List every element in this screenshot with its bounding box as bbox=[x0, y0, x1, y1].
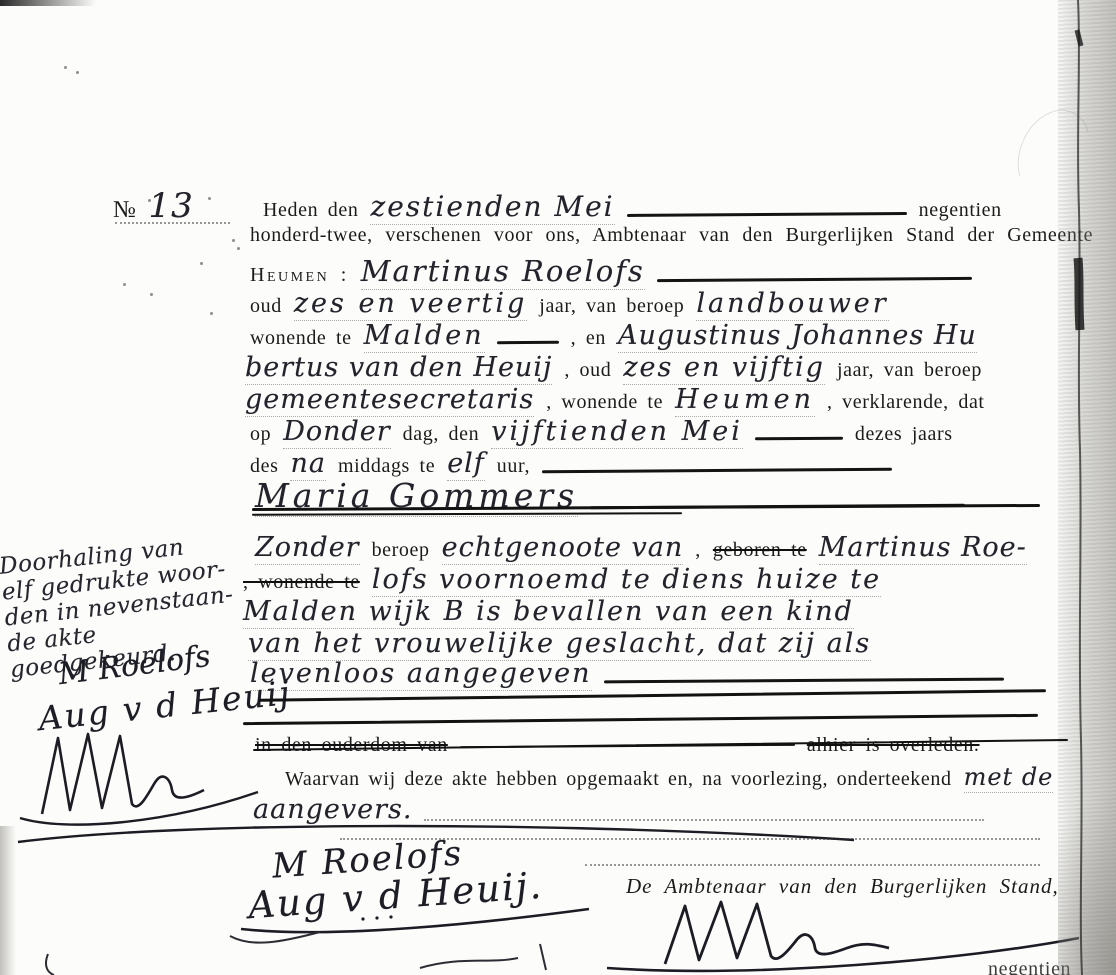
act-line-date: Heden denzestienden Meinegentien bbox=[263, 190, 1002, 225]
event-date: vijftienden Mei bbox=[491, 416, 743, 449]
declarant2-name-part2: bertus van den Heuij bbox=[245, 352, 552, 385]
signature-loops bbox=[42, 734, 204, 814]
declarant1-name: Martinus Roelofs bbox=[361, 254, 645, 290]
paper-speck bbox=[237, 247, 240, 250]
text-segment: middags te bbox=[338, 455, 435, 478]
text-segment: , bbox=[695, 539, 701, 562]
act-line-closing: Waarvan wij deze akte hebben opgemaakt e… bbox=[285, 763, 1053, 793]
act-line-birth: Malden wijk B is bevallen van een kind bbox=[243, 596, 854, 629]
ink-dot bbox=[375, 916, 378, 919]
text-segment: jaar, van beroep bbox=[539, 295, 684, 318]
husband-name-part1: Martinus Roe- bbox=[819, 532, 1027, 565]
paper-speck bbox=[76, 71, 79, 74]
ink-rule bbox=[258, 689, 1046, 702]
ink-dot bbox=[389, 915, 392, 918]
signature-underline bbox=[241, 909, 589, 932]
ink-fill-line bbox=[755, 437, 843, 441]
declarant2-residence: Heumen bbox=[675, 384, 815, 417]
paper-speck bbox=[150, 293, 153, 296]
partial-stroke bbox=[420, 958, 518, 968]
text-segment: geboren te bbox=[713, 539, 807, 562]
husband-name-part2: lofs voornoemd te diens huize te bbox=[372, 564, 881, 597]
text-segment: uur, bbox=[497, 455, 530, 478]
act-line-stillborn: levenloos aangegeven bbox=[250, 658, 1004, 691]
paper-speck bbox=[64, 66, 67, 69]
ink-dot bbox=[361, 917, 364, 920]
text-segment: op bbox=[250, 423, 271, 446]
act-line-sex: van het vrouwelijke geslacht, dat zij al… bbox=[248, 628, 871, 661]
mother-occupation: Zonder bbox=[255, 532, 360, 565]
text-segment: Waarvan wij deze akte hebben opgemaakt e… bbox=[285, 768, 952, 791]
paper-speck bbox=[210, 312, 213, 315]
ink-fill-line bbox=[542, 468, 892, 473]
ink-fill-line bbox=[604, 678, 1004, 684]
act-line-declarant2-cont: bertus van den Heuij, oudzes en vijftigj… bbox=[245, 352, 982, 385]
text-segment: dag, den bbox=[403, 423, 480, 446]
ink-fill-line bbox=[627, 212, 907, 217]
ink-blob bbox=[1077, 30, 1081, 46]
paper-speck bbox=[232, 239, 235, 242]
paper-speck bbox=[200, 262, 203, 265]
text-segment: , en bbox=[571, 327, 606, 350]
text-segment: Heden den bbox=[263, 199, 358, 222]
text-segment: honderd-twee, verschenen voor ons, Ambte… bbox=[250, 224, 1093, 247]
paper-speck bbox=[123, 283, 126, 286]
scan-artifact-top bbox=[0, 0, 96, 6]
act-number: №13 bbox=[113, 186, 194, 226]
ink-blob bbox=[1078, 258, 1080, 330]
text-segment: beroep bbox=[372, 539, 430, 562]
handwritten-date: zestienden Mei bbox=[370, 190, 614, 225]
text-segment: des bbox=[250, 455, 278, 478]
text-segment: in den ouderdom van bbox=[255, 734, 448, 757]
act-line-mother-name: Maria Gommers bbox=[255, 476, 965, 517]
paper-speck bbox=[208, 197, 211, 200]
declarant2-occupation: gemeentesecretaris bbox=[245, 384, 534, 417]
act-line-declarant1: Heumen :Martinus Roelofs bbox=[250, 254, 972, 290]
ink-fill-line bbox=[497, 341, 559, 344]
closing-handwritten: met de bbox=[964, 763, 1054, 793]
act-line-residence: , wonende telofs voornoemd te diens huiz… bbox=[243, 564, 881, 597]
declarant2-age: zes en vijftig bbox=[623, 352, 825, 385]
birth-statement: Malden wijk B is bevallen van een kind bbox=[243, 596, 854, 629]
declarant1-age: zes en veertig bbox=[294, 288, 527, 321]
partial-stroke bbox=[230, 932, 320, 943]
partial-stroke bbox=[540, 944, 546, 970]
event-weekday: Donder bbox=[283, 416, 390, 449]
act-number-value: 13 bbox=[149, 186, 194, 226]
declarant1-occupation: landbouwer bbox=[696, 288, 888, 321]
text-segment: wonende te bbox=[250, 327, 352, 350]
act-line-declarant2: wonende teMalden, enAugustinus Johannes … bbox=[250, 320, 977, 353]
partial-next-entry-handwriting bbox=[20, 930, 720, 975]
ink-rule bbox=[243, 714, 1038, 725]
act-line-declarant1-details: oudzes en veertigjaar, van beroeplandbou… bbox=[250, 288, 889, 321]
mother-relation: echtgenoote van bbox=[442, 532, 684, 565]
dotted-rule bbox=[585, 864, 1040, 866]
mother-name: Maria Gommers bbox=[255, 476, 578, 517]
act-line-event-date: opDonderdag, denvijftienden Meidezes jaa… bbox=[250, 416, 953, 449]
civil-registry-act-page: №13Heden denzestienden Meinegentienhonde… bbox=[0, 0, 1116, 975]
paper-speck bbox=[148, 199, 151, 202]
text-segment: , wonende te bbox=[546, 391, 663, 414]
partial-stroke bbox=[46, 954, 54, 975]
text-segment: oud bbox=[250, 295, 282, 318]
municipality-label: Heumen : bbox=[250, 264, 349, 287]
ink-fill-line bbox=[657, 277, 972, 282]
text-segment: negentien bbox=[919, 199, 1002, 222]
declarant1-residence: Malden bbox=[364, 320, 485, 353]
scan-page-edge-left bbox=[0, 826, 16, 975]
dotted-rule bbox=[115, 222, 230, 224]
act-line-year: honderd-twee, verschenen voor ons, Ambte… bbox=[250, 224, 1093, 247]
dotted-rule bbox=[340, 838, 1040, 840]
child-sex-statement: van het vrouwelijke geslacht, dat zij al… bbox=[248, 628, 871, 661]
act-line-mother-details: Zonderberoepechtgenoote van,geboren teMa… bbox=[255, 532, 1027, 565]
act-line-declarant2-details: gemeentesecretaris, wonende teHeumen, ve… bbox=[245, 384, 985, 417]
text-segment: jaar, van beroep bbox=[837, 359, 982, 382]
stillborn-statement: levenloos aangegeven bbox=[250, 658, 592, 691]
text-segment: , verklarende, dat bbox=[827, 391, 985, 414]
declarant2-name-part1: Augustinus Johannes Hu bbox=[618, 320, 977, 353]
text-segment: alhier is overleden. bbox=[807, 734, 980, 757]
act-number-label: № bbox=[113, 197, 137, 224]
text-segment: dezes jaars bbox=[855, 423, 953, 446]
text-segment: , oud bbox=[564, 359, 611, 382]
